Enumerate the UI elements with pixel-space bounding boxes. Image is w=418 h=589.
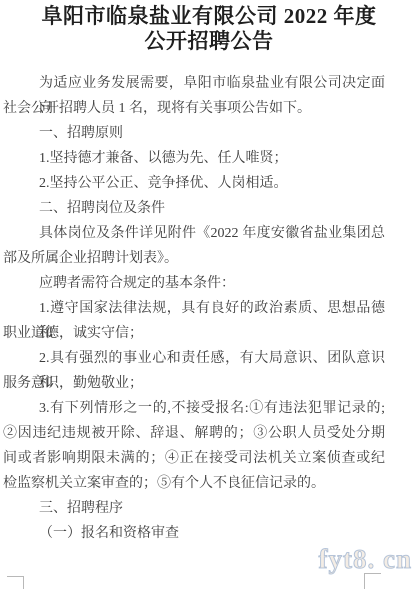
document-title: 阜阳市临泉盐业有限公司 2022 年度 公开招聘公告 bbox=[0, 4, 418, 54]
document-line: 间或者影响期限未满的；④正在接受司法机关立案侦查或纪 bbox=[3, 446, 385, 471]
document-line: 2.具有强烈的事业心和责任感，有大局意识、团队意识和 bbox=[3, 346, 385, 371]
document-line: 服务意识，勤勉敬业； bbox=[3, 371, 385, 396]
document-line: 社会公开招聘人员 1 名，现将有关事项公告如下。 bbox=[3, 96, 385, 121]
document-line: 1.遵守国家法律法规，具有良好的政治素质、思想品德和 bbox=[3, 296, 385, 321]
page-corner-crop-mark-right-icon bbox=[364, 573, 381, 589]
document-line: 为适应业务发展需要，阜阳市临泉盐业有限公司决定面向 bbox=[3, 71, 385, 96]
document-line: 职业道德，诚实守信； bbox=[3, 321, 385, 346]
document-line: 二、招聘岗位及条件 bbox=[3, 196, 385, 221]
document-title-line-2: 公开招聘公告 bbox=[0, 29, 418, 54]
page-corner-crop-mark-left-icon bbox=[7, 576, 24, 589]
watermark: fyt8. cn bbox=[319, 546, 412, 573]
document-body: 为适应业务发展需要，阜阳市临泉盐业有限公司决定面向社会公开招聘人员 1 名，现将… bbox=[0, 71, 418, 546]
document-line: 1.坚持德才兼备、以德为先、任人唯贤； bbox=[3, 146, 385, 171]
document-title-line-1: 阜阳市临泉盐业有限公司 2022 年度 bbox=[0, 4, 418, 29]
document-line: 检监察机关立案审查的；⑤有个人不良征信记录的。 bbox=[3, 471, 385, 496]
document-line: ②因违纪违规被开除、辞退、解聘的；③公职人员受处分期 bbox=[3, 421, 385, 446]
document-line: 具体岗位及条件详见附件《2022 年度安徽省盐业集团总 bbox=[3, 221, 385, 246]
document-line: 一、招聘原则 bbox=[3, 121, 385, 146]
document-line: （一）报名和资格审查 bbox=[3, 521, 385, 546]
document-page: 阜阳市临泉盐业有限公司 2022 年度 公开招聘公告 为适应业务发展需要，阜阳市… bbox=[0, 0, 418, 589]
document-line: 三、招聘程序 bbox=[3, 496, 385, 521]
document-line: 应聘者需符合规定的基本条件： bbox=[3, 271, 385, 296]
document-line: 部及所属企业招聘计划表》。 bbox=[3, 246, 385, 271]
document-line: 2.坚持公平公正、竞争择优、人岗相适。 bbox=[3, 171, 385, 196]
document-line: 3.有下列情形之一的,不接受报名:①有违法犯罪记录的; bbox=[3, 396, 385, 421]
